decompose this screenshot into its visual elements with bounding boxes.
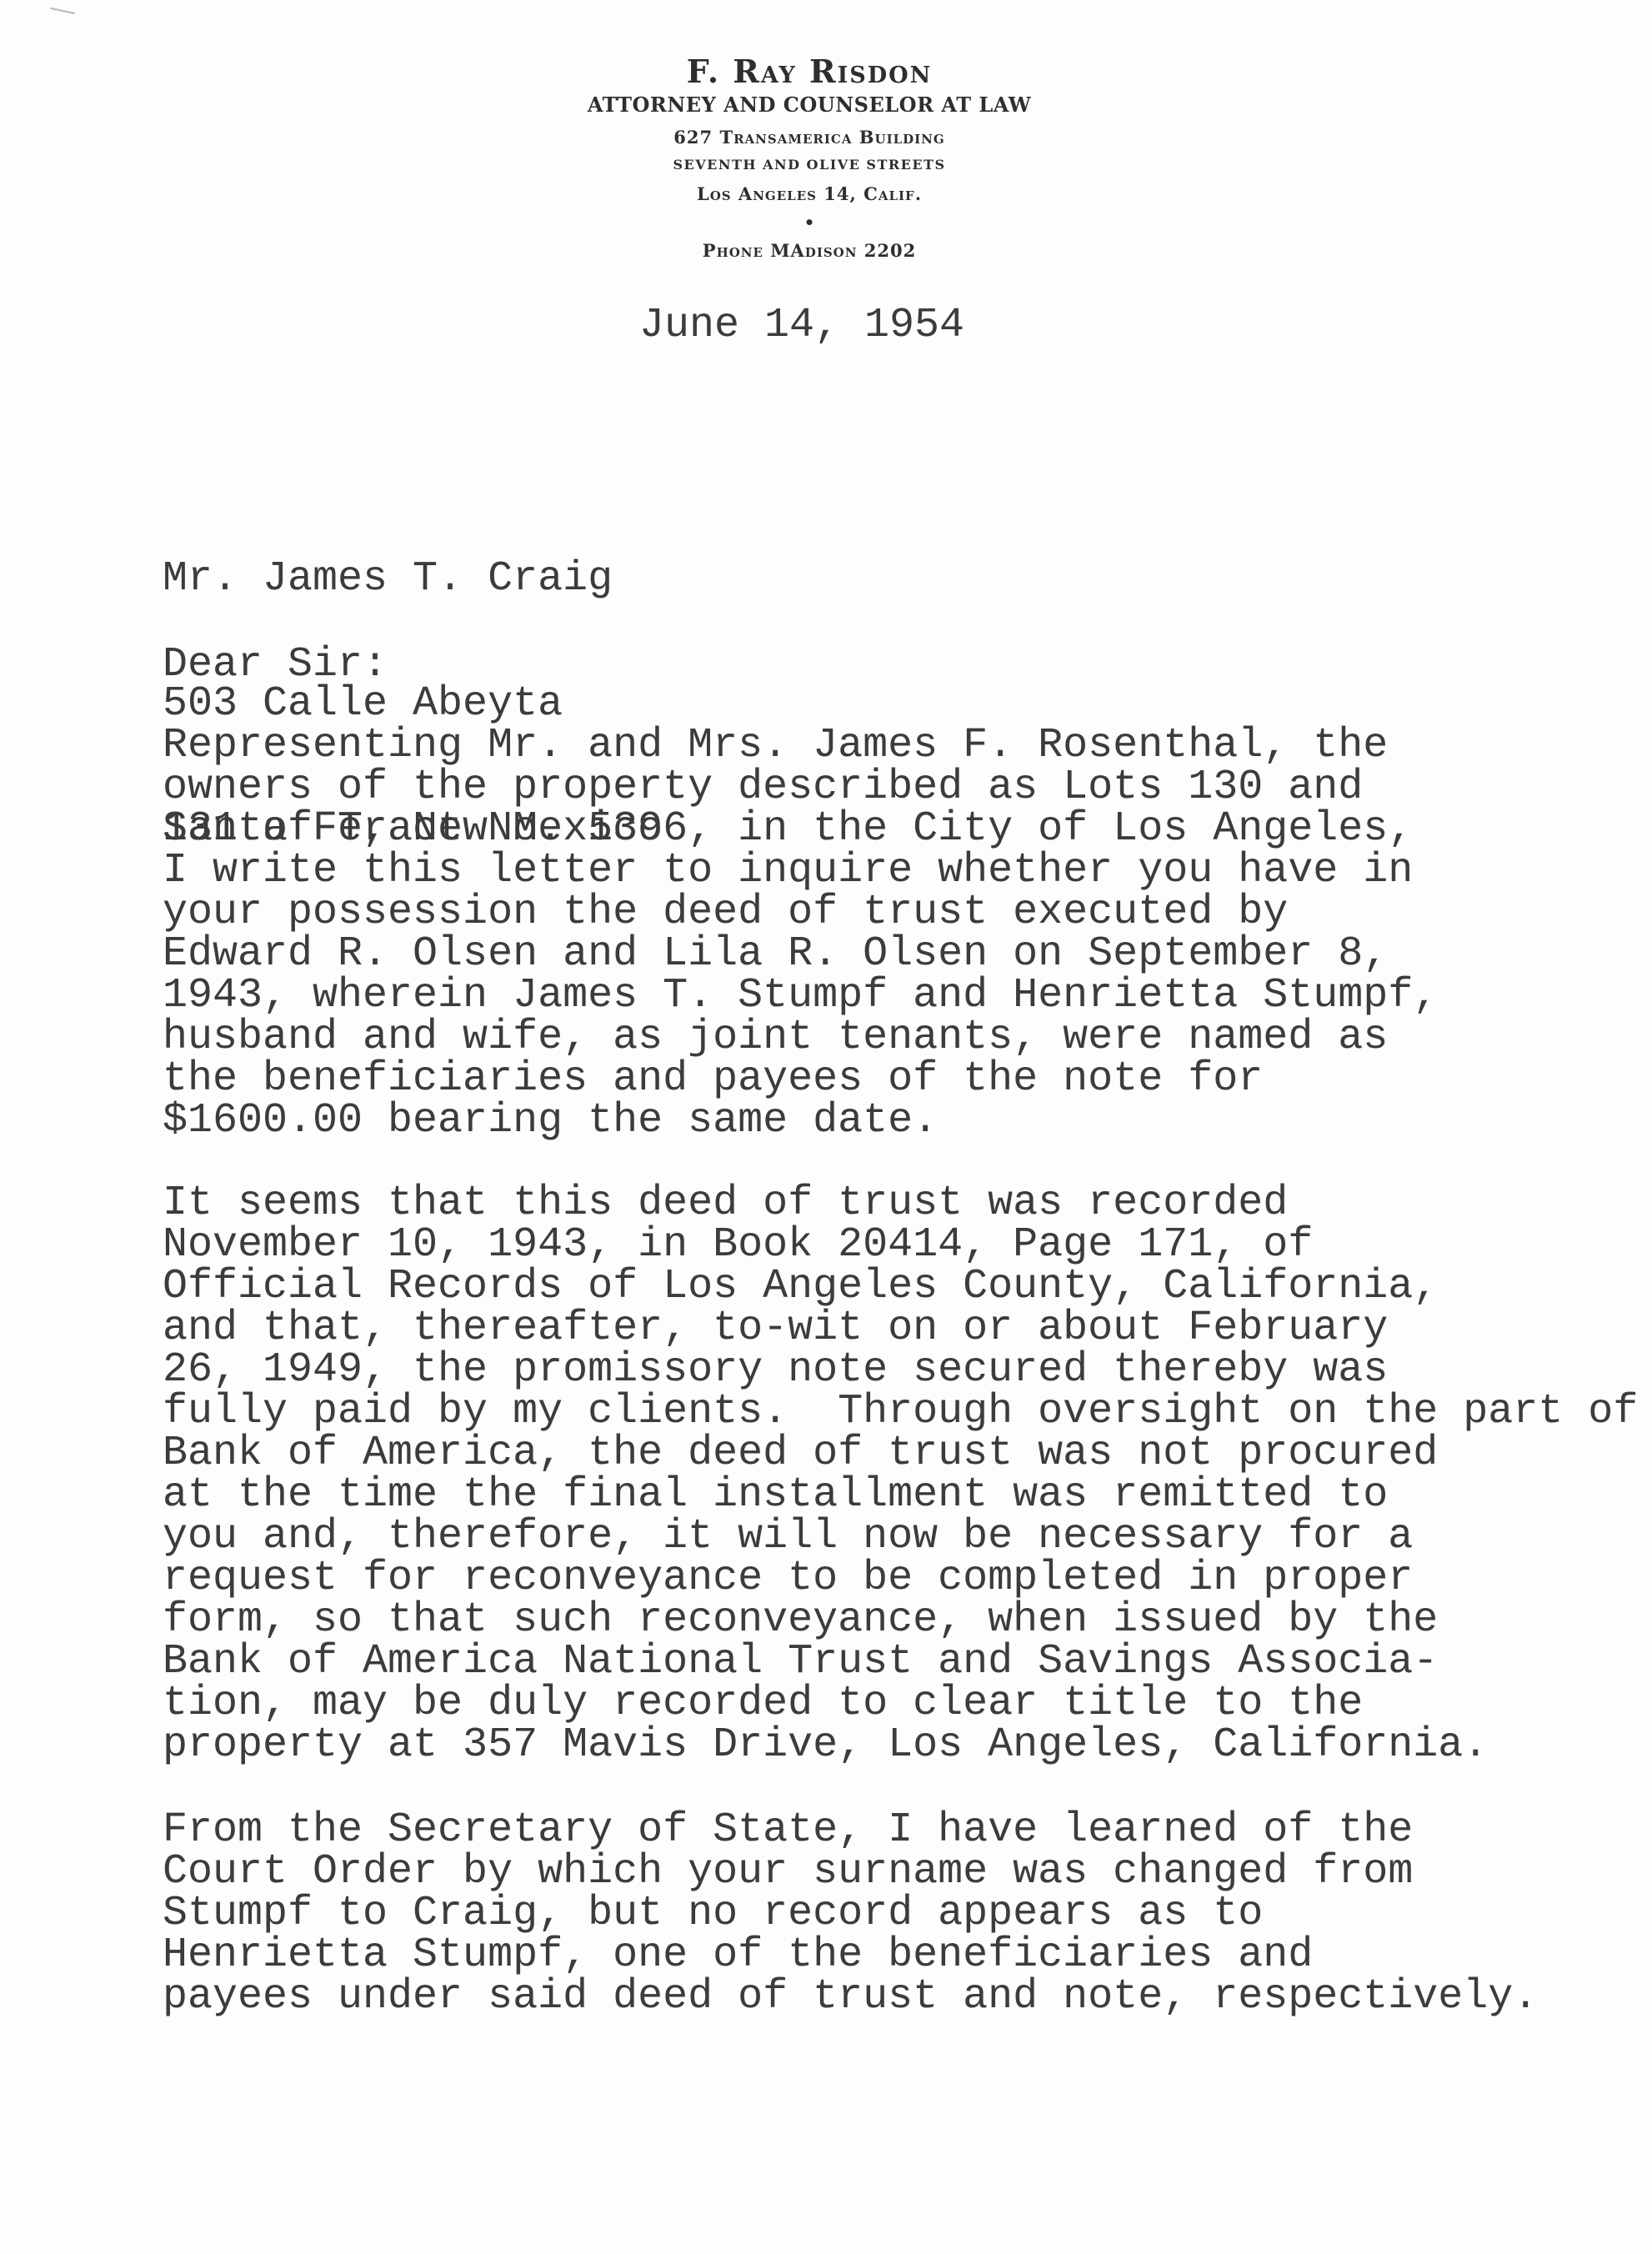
- text-line: From the Secretary of State, I have lear…: [163, 1810, 1538, 1851]
- text-line: at the time the final installment was re…: [163, 1475, 1638, 1516]
- bullet-separator-icon: •: [0, 213, 1635, 233]
- letter-date: June 14, 1954: [639, 305, 964, 347]
- text-line: 1943, wherein James T. Stumpf and Henrie…: [163, 975, 1438, 1017]
- text-line: Official Records of Los Angeles County, …: [163, 1266, 1638, 1308]
- office-building: 627 Transamerica Building: [0, 127, 1635, 148]
- text-line: Stumpf to Craig, but no record appears a…: [163, 1893, 1538, 1935]
- salutation: Dear Sir:: [163, 644, 388, 686]
- text-line: It seems that this deed of trust was rec…: [163, 1183, 1638, 1225]
- text-line: Court Order by which your surname was ch…: [163, 1851, 1538, 1893]
- paper-speck: [50, 8, 75, 14]
- office-streets: Seventh and Olive Streets: [0, 157, 1635, 173]
- body-paragraph-3: From the Secretary of State, I have lear…: [163, 1810, 1538, 2018]
- recipient-street: 503 Calle Abeyta: [163, 684, 663, 725]
- recipient-name: Mr. James T. Craig: [163, 558, 663, 600]
- text-line: Bank of America, the deed of trust was n…: [163, 1433, 1638, 1475]
- text-line: Representing Mr. and Mrs. James F. Rosen…: [163, 725, 1438, 767]
- body-paragraph-1: Representing Mr. and Mrs. James F. Rosen…: [163, 725, 1438, 1142]
- attorney-name: F. Ray Risdon: [0, 53, 1635, 90]
- text-line: property at 357 Mavis Drive, Los Angeles…: [163, 1725, 1638, 1766]
- text-line: the beneficiaries and payees of the note…: [163, 1059, 1438, 1100]
- text-line: fully paid by my clients. Through oversi…: [163, 1391, 1638, 1433]
- text-line: your possession the deed of trust execut…: [163, 892, 1438, 934]
- text-line: request for reconveyance to be completed…: [163, 1558, 1638, 1600]
- office-city: Los Angeles 14, Calif.: [0, 183, 1635, 204]
- text-line: payees under said deed of trust and note…: [163, 1976, 1538, 2018]
- text-line: 26, 1949, the promissory note secured th…: [163, 1350, 1638, 1391]
- attorney-title: ATTORNEY AND COUNSELOR AT LAW: [0, 93, 1635, 117]
- text-line: 131 of Tract No. 5396, in the City of Lo…: [163, 809, 1438, 850]
- office-phone: Phone MAdison 2202: [0, 240, 1635, 261]
- text-line: November 10, 1943, in Book 20414, Page 1…: [163, 1225, 1638, 1266]
- text-line: Henrietta Stumpf, one of the beneficiari…: [163, 1935, 1538, 1976]
- text-line: $1600.00 bearing the same date.: [163, 1100, 1438, 1142]
- text-line: husband and wife, as joint tenants, were…: [163, 1017, 1438, 1059]
- text-line: owners of the property described as Lots…: [163, 767, 1438, 809]
- text-line: tion, may be duly recorded to clear titl…: [163, 1683, 1638, 1725]
- text-line: Edward R. Olsen and Lila R. Olsen on Sep…: [163, 934, 1438, 975]
- text-line: form, so that such reconveyance, when is…: [163, 1600, 1638, 1641]
- body-paragraph-2: It seems that this deed of trust was rec…: [163, 1183, 1638, 1766]
- text-line: you and, therefore, it will now be neces…: [163, 1516, 1638, 1558]
- text-line: Bank of America National Trust and Savin…: [163, 1641, 1638, 1683]
- text-line: and that, thereafter, to-wit on or about…: [163, 1308, 1638, 1350]
- text-line: I write this letter to inquire whether y…: [163, 850, 1438, 892]
